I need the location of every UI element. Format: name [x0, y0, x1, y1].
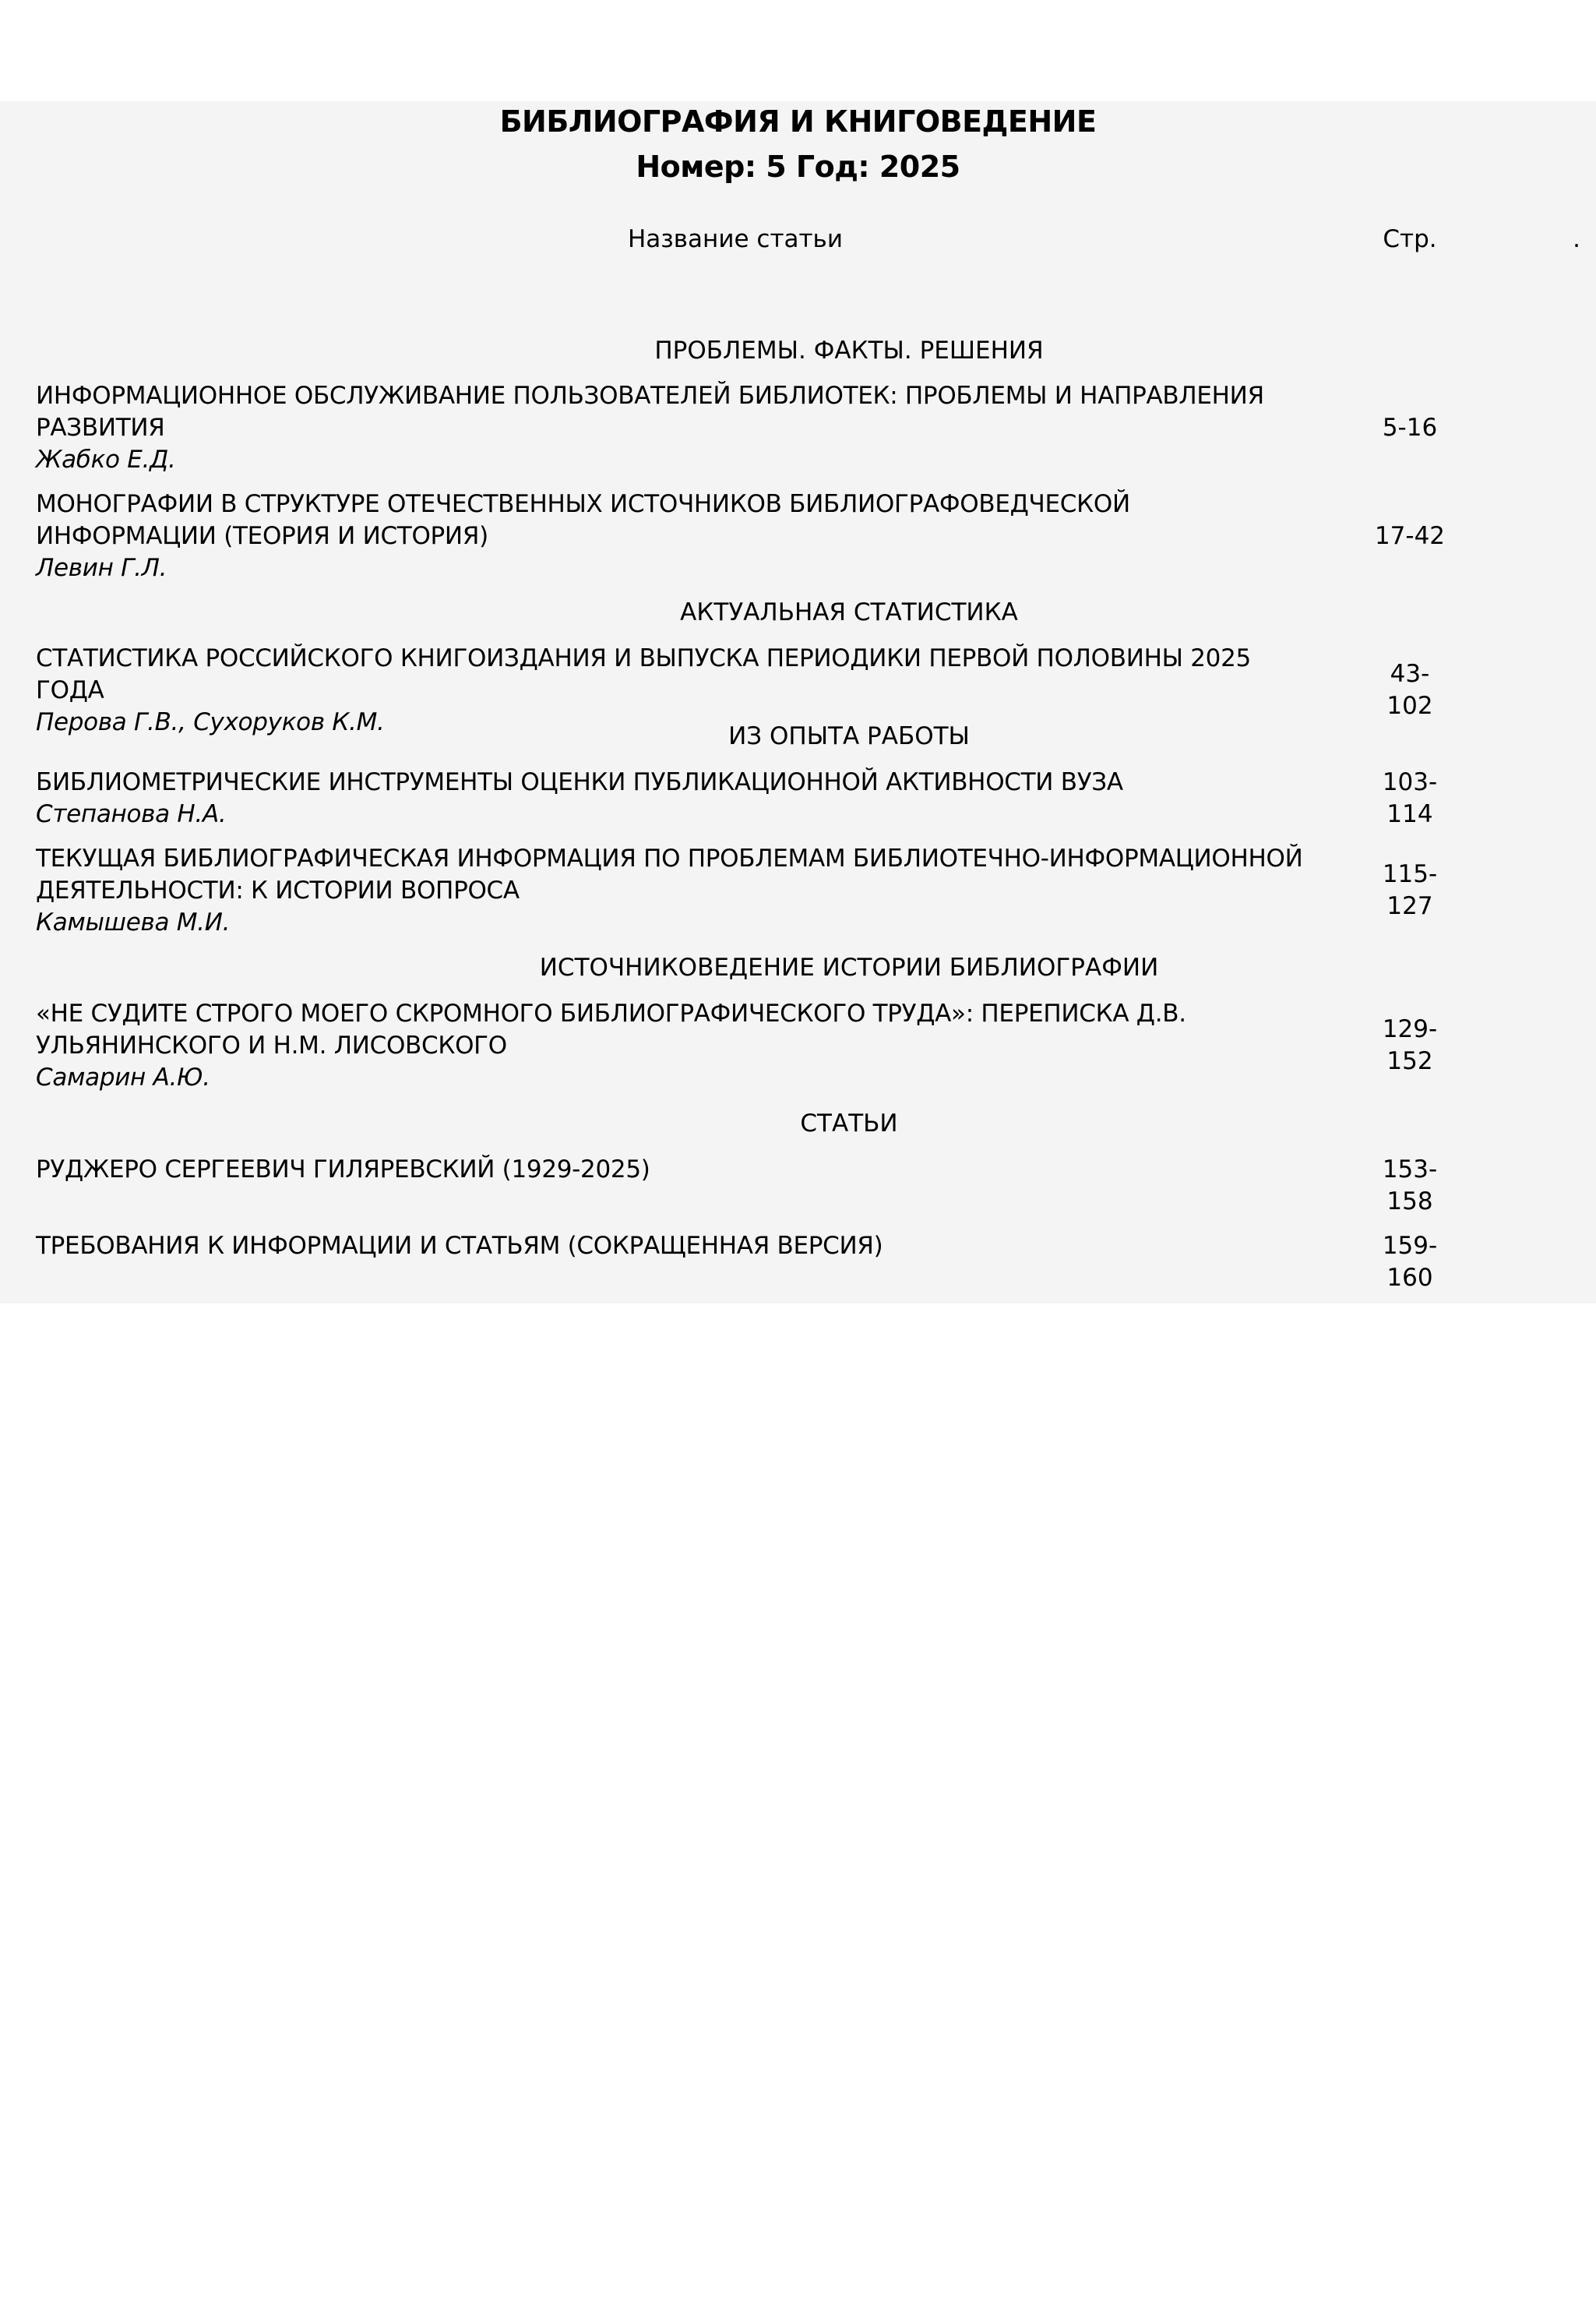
- section-heading: ИСТОЧНИКОВЕДЕНИЕ ИСТОРИИ БИБЛИОГРАФИИ: [0, 952, 1596, 984]
- column-header-title-label: Название статьи: [628, 223, 843, 256]
- article-pages: 115-127: [1375, 859, 1445, 922]
- article-pages: 129-152: [1375, 1014, 1445, 1078]
- section-heading: СТАТЬИ: [0, 1108, 1596, 1140]
- article-cell: БИБЛИОМЕТРИЧЕСКИЕ ИНСТРУМЕНТЫ ОЦЕНКИ ПУБ…: [36, 767, 1313, 831]
- article-title-link[interactable]: ТРЕБОВАНИЯ К ИНФОРМАЦИИ И СТАТЬЯМ (СОКРА…: [36, 1230, 1313, 1262]
- article-pages: 43-102: [1367, 658, 1453, 722]
- section-heading: ПРОБЛЕМЫ. ФАКТЫ. РЕШЕНИЯ: [0, 335, 1596, 367]
- article-pages: 153-158: [1375, 1154, 1445, 1218]
- column-header-extra: .: [1569, 223, 1584, 256]
- article-pages: 103-114: [1375, 767, 1445, 831]
- article-cell: РУДЖЕРО СЕРГЕЕВИЧ ГИЛЯРЕВСКИЙ (1929-2025…: [36, 1154, 1313, 1186]
- article-pages: 159-160: [1375, 1230, 1445, 1294]
- article-title-link[interactable]: ИНФОРМАЦИОННОЕ ОБСЛУЖИВАНИЕ ПОЛЬЗОВАТЕЛЕ…: [36, 380, 1313, 444]
- issue-year-line: Номер: 5 Год: 2025: [0, 145, 1596, 189]
- article-authors: Жабко Е.Д.: [36, 444, 1313, 476]
- section-heading: ИЗ ОПЫТА РАБОТЫ: [0, 721, 1596, 753]
- article-title-link[interactable]: ТЕКУЩАЯ БИБЛИОГРАФИЧЕСКАЯ ИНФОРМАЦИЯ ПО …: [36, 843, 1313, 907]
- article-title-link[interactable]: СТАТИСТИКА РОССИЙСКОГО КНИГОИЗДАНИЯ И ВЫ…: [36, 643, 1313, 707]
- article-pages: 5-16: [1367, 412, 1453, 444]
- article-title-link[interactable]: МОНОГРАФИИ В СТРУКТУРЕ ОТЕЧЕСТВЕННЫХ ИСТ…: [36, 489, 1313, 552]
- column-header-pages: Стр.: [1355, 223, 1464, 256]
- article-title-link[interactable]: БИБЛИОМЕТРИЧЕСКИЕ ИНСТРУМЕНТЫ ОЦЕНКИ ПУБ…: [36, 767, 1313, 799]
- article-authors: Степанова Н.А.: [36, 799, 1313, 831]
- article-authors: Самарин А.Ю.: [36, 1062, 1313, 1094]
- article-authors: Левин Г.Л.: [36, 552, 1313, 584]
- article-title-link[interactable]: «НЕ СУДИТЕ СТРОГО МОЕГО СКРОМНОГО БИБЛИО…: [36, 998, 1313, 1062]
- section-heading: АКТУАЛЬНАЯ СТАТИСТИКА: [0, 597, 1596, 629]
- article-authors: Камышева М.И.: [36, 907, 1313, 939]
- article-cell: «НЕ СУДИТЕ СТРОГО МОЕГО СКРОМНОГО БИБЛИО…: [36, 998, 1313, 1094]
- article-cell: ТРЕБОВАНИЯ К ИНФОРМАЦИИ И СТАТЬЯМ (СОКРА…: [36, 1230, 1313, 1262]
- article-cell: ИНФОРМАЦИОННОЕ ОБСЛУЖИВАНИЕ ПОЛЬЗОВАТЕЛЕ…: [36, 380, 1313, 476]
- journal-title: БИБЛИОГРАФИЯ И КНИГОВЕДЕНИЕ: [0, 100, 1596, 143]
- article-title-link[interactable]: РУДЖЕРО СЕРГЕЕВИЧ ГИЛЯРЕВСКИЙ (1929-2025…: [36, 1154, 1313, 1186]
- article-pages: 17-42: [1367, 520, 1453, 552]
- article-cell: ТЕКУЩАЯ БИБЛИОГРАФИЧЕСКАЯ ИНФОРМАЦИЯ ПО …: [36, 843, 1313, 939]
- article-cell: МОНОГРАФИИ В СТРУКТУРЕ ОТЕЧЕСТВЕННЫХ ИСТ…: [36, 489, 1313, 584]
